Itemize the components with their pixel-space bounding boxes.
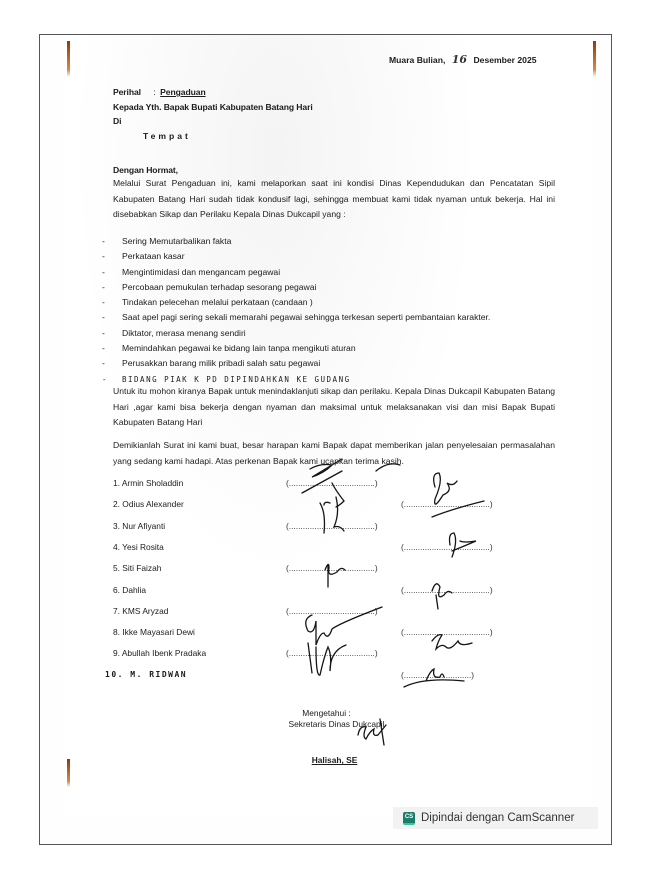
scanned-letter-page: Muara Bulian, 16 Desember 2025 Perihal :…	[39, 34, 612, 845]
acknowledged-name: Halisah, SE	[312, 755, 358, 765]
camscanner-watermark: CS Dipindai dengan CamScanner	[393, 807, 598, 829]
watermark-text: Dipindai dengan CamScanner	[421, 812, 574, 824]
acknowledged-name-row: Halisah, SE	[48, 750, 621, 768]
acknowledged-title-row: Sekretaris Dinas Dukcapil	[50, 714, 623, 732]
acknowledged-title: Sekretaris Dinas Dukcapil	[289, 719, 385, 729]
camscanner-icon: CS	[403, 812, 415, 825]
